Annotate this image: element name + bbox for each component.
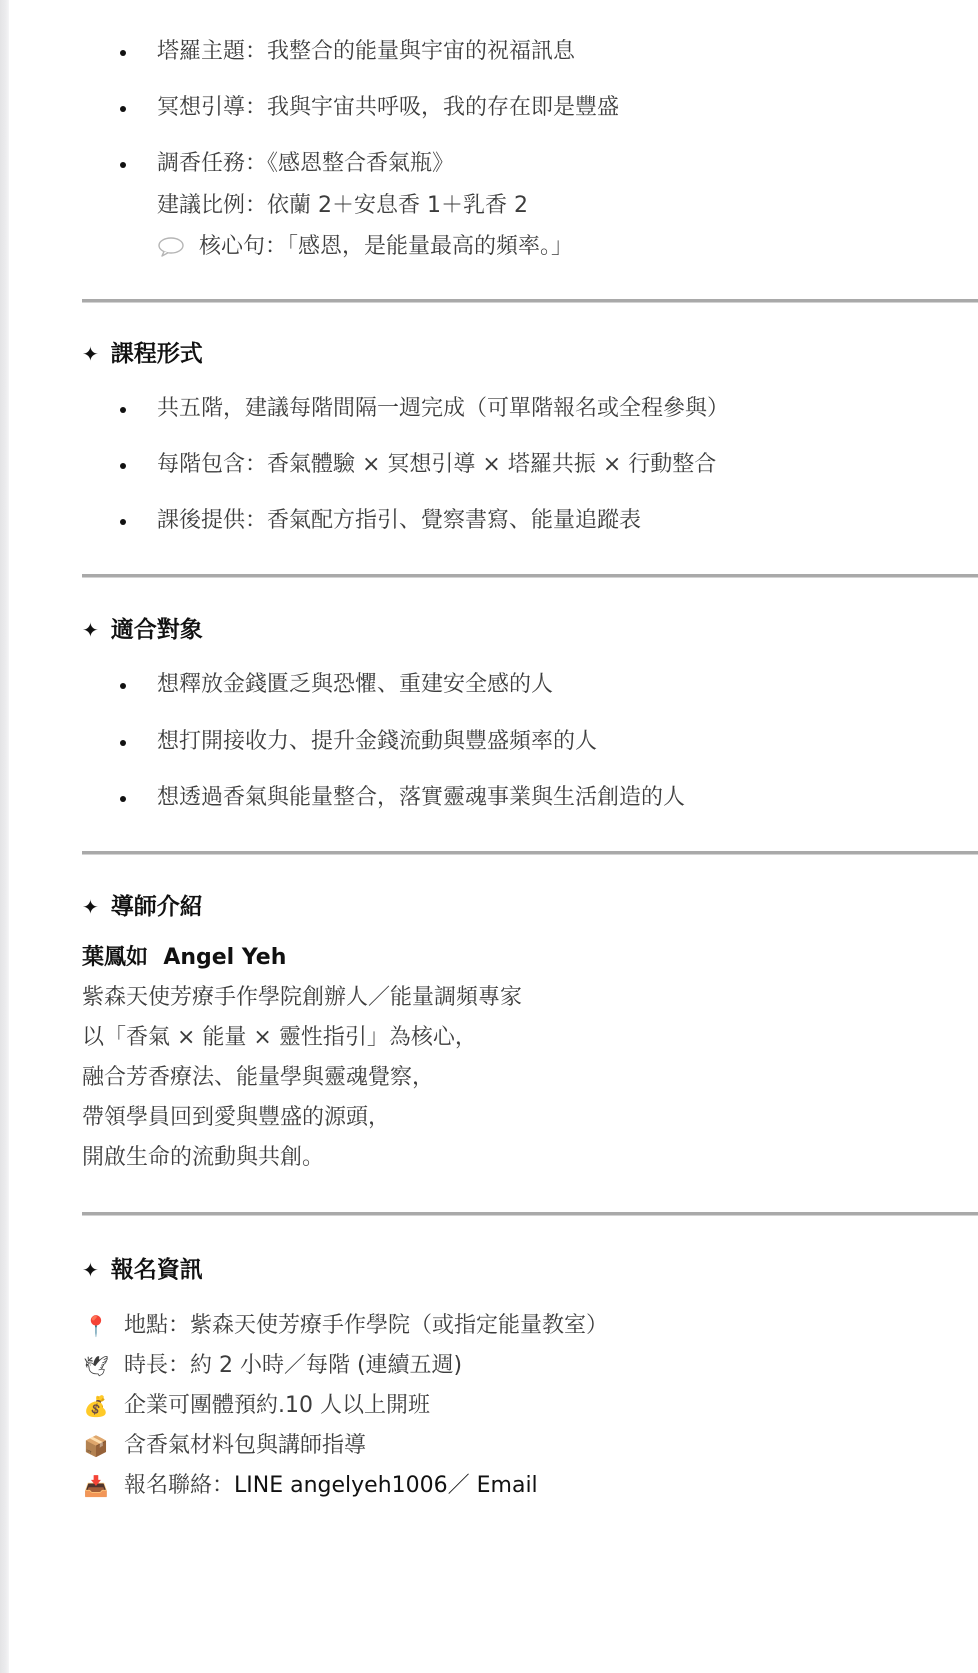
pushpin-icon: 📍 xyxy=(82,1306,110,1346)
info-text: 時長：約 2 小時／每階 (連續五週) xyxy=(124,1346,462,1386)
contact-value: LINE angelyeh1006／ Email xyxy=(234,1466,538,1506)
section-divider xyxy=(82,574,978,578)
info-contact: 📥 報名聯絡： LINE angelyeh1006／ Email xyxy=(82,1466,978,1506)
document-content: 塔羅主題：我整合的能量與宇宙的祝福訊息 冥想引導：我與宇宙共呼吸，我的存在即是豐… xyxy=(82,0,978,1506)
list-item: 課後提供：香氣配方指引、覺察書寫、能量追蹤表 xyxy=(82,506,978,536)
bio-line: 開啟生命的流動與共創。 xyxy=(82,1138,978,1178)
bullet-icon xyxy=(120,407,126,413)
bullet-icon xyxy=(120,162,126,168)
star-icon: ✦ xyxy=(82,339,99,369)
star-icon: ✦ xyxy=(82,615,99,645)
bullet-icon xyxy=(120,683,126,689)
list-item-text: 想打開接收力、提升金錢流動與豐盛頻率的人 xyxy=(157,729,597,754)
section-divider xyxy=(82,851,978,855)
package-icon: 📦 xyxy=(82,1426,110,1466)
section-divider xyxy=(82,1212,978,1216)
audience-list: 想釋放金錢匱乏與恐懼、重建安全感的人 想打開接收力、提升金錢流動與豐盛頻率的人 … xyxy=(82,670,978,813)
list-item: 塔羅主題：我整合的能量與宇宙的祝福訊息 xyxy=(82,37,978,67)
info-text: 地點：紫森天使芳療手作學院（或指定能量教室） xyxy=(124,1306,608,1346)
section-heading-instructor: ✦ 導師介紹 xyxy=(82,892,978,922)
section-title: 導師介紹 xyxy=(111,892,203,922)
star-icon: ✦ xyxy=(82,892,99,922)
registration-info: 📍 地點：紫森天使芳療手作學院（或指定能量教室） 🕊 時長：約 2 小時／每階 … xyxy=(82,1306,978,1506)
bullet-icon xyxy=(120,106,126,112)
list-item-text: 課後提供：香氣配方指引、覺察書寫、能量追蹤表 xyxy=(157,508,641,533)
instructor-name: 葉鳳如 Angel Yeh xyxy=(82,938,978,978)
info-group-booking: 💰 企業可團體預約.10 人以上開班 xyxy=(82,1386,978,1426)
list-item-text: 調香任務：《感恩整合香氣瓶》 xyxy=(157,151,454,176)
section-heading-audience: ✦ 適合對象 xyxy=(82,615,978,645)
info-text: 含香氣材料包與講師指導 xyxy=(124,1426,366,1466)
list-item: 想打開接收力、提升金錢流動與豐盛頻率的人 xyxy=(82,727,978,757)
list-item: 想釋放金錢匱乏與恐懼、重建安全感的人 xyxy=(82,670,978,700)
section-divider xyxy=(82,299,978,303)
list-item-text: 共五階，建議每階間隔一週完成（可單階報名或全程參與） xyxy=(157,396,729,421)
bio-line: 以「香氣 × 能量 × 靈性指引」為核心， xyxy=(82,1018,978,1058)
contact-label: 報名聯絡： xyxy=(124,1466,234,1506)
bullet-icon xyxy=(120,519,126,525)
bullet-icon xyxy=(120,796,126,802)
dove-icon: 🕊 xyxy=(82,1346,110,1386)
intro-list: 塔羅主題：我整合的能量與宇宙的祝福訊息 冥想引導：我與宇宙共呼吸，我的存在即是豐… xyxy=(82,0,978,262)
info-materials: 📦 含香氣材料包與講師指導 xyxy=(82,1426,978,1466)
section-title: 適合對象 xyxy=(111,615,203,645)
info-duration: 🕊 時長：約 2 小時／每階 (連續五週) xyxy=(82,1346,978,1386)
speech-bubble-icon xyxy=(157,236,185,258)
info-text: 企業可團體預約.10 人以上開班 xyxy=(124,1386,430,1426)
page-left-edge xyxy=(0,0,9,1673)
star-icon: ✦ xyxy=(82,1255,99,1285)
list-item: 想透過香氣與能量整合，落實靈魂事業與生活創造的人 xyxy=(82,783,978,813)
list-item-text: 想釋放金錢匱乏與恐懼、重建安全感的人 xyxy=(157,672,553,697)
list-item-text: 每階包含：香氣體驗 × 冥想引導 × 塔羅共振 × 行動整合 xyxy=(157,452,716,477)
info-location: 📍 地點：紫森天使芳療手作學院（或指定能量教室） xyxy=(82,1306,978,1346)
list-item-text: 想透過香氣與能量整合，落實靈魂事業與生活創造的人 xyxy=(157,785,685,810)
list-item-text: 塔羅主題：我整合的能量與宇宙的祝福訊息 xyxy=(157,39,575,64)
core-quote: 核心句：「感恩，是能量最高的頻率。」 xyxy=(157,232,978,262)
bio-line: 帶領學員回到愛與豐盛的源頭， xyxy=(82,1098,978,1138)
bullet-icon xyxy=(120,740,126,746)
section-heading-registration: ✦ 報名資訊 xyxy=(82,1255,978,1285)
list-item: 調香任務：《感恩整合香氣瓶》 建議比例：依蘭 2＋安息香 1＋乳香 2 核心句：… xyxy=(82,149,978,262)
section-title: 報名資訊 xyxy=(111,1255,203,1285)
list-item: 冥想引導：我與宇宙共呼吸，我的存在即是豐盛 xyxy=(82,93,978,123)
section-title: 課程形式 xyxy=(111,339,203,369)
instructor-bio: 葉鳳如 Angel Yeh 紫森天使芳療手作學院創辦人／能量調頻專家 以「香氣 … xyxy=(82,938,978,1178)
bullet-icon xyxy=(120,50,126,56)
list-item-text: 冥想引導：我與宇宙共呼吸，我的存在即是豐盛 xyxy=(157,95,619,120)
money-bag-icon: 💰 xyxy=(82,1386,110,1426)
core-quote-text: 核心句：「感恩，是能量最高的頻率。」 xyxy=(199,232,573,262)
list-item: 每階包含：香氣體驗 × 冥想引導 × 塔羅共振 × 行動整合 xyxy=(82,450,978,480)
bullet-icon xyxy=(120,463,126,469)
section-heading-format: ✦ 課程形式 xyxy=(82,339,978,369)
bio-line: 紫森天使芳療手作學院創辦人／能量調頻專家 xyxy=(82,978,978,1018)
list-item: 共五階，建議每階間隔一週完成（可單階報名或全程參與） xyxy=(82,394,978,424)
bio-line: 融合芳香療法、能量學與靈魂覺察， xyxy=(82,1058,978,1098)
format-list: 共五階，建議每階間隔一週完成（可單階報名或全程參與） 每階包含：香氣體驗 × 冥… xyxy=(82,394,978,536)
inbox-tray-icon: 📥 xyxy=(82,1466,110,1506)
blend-ratio: 建議比例：依蘭 2＋安息香 1＋乳香 2 xyxy=(157,191,978,221)
